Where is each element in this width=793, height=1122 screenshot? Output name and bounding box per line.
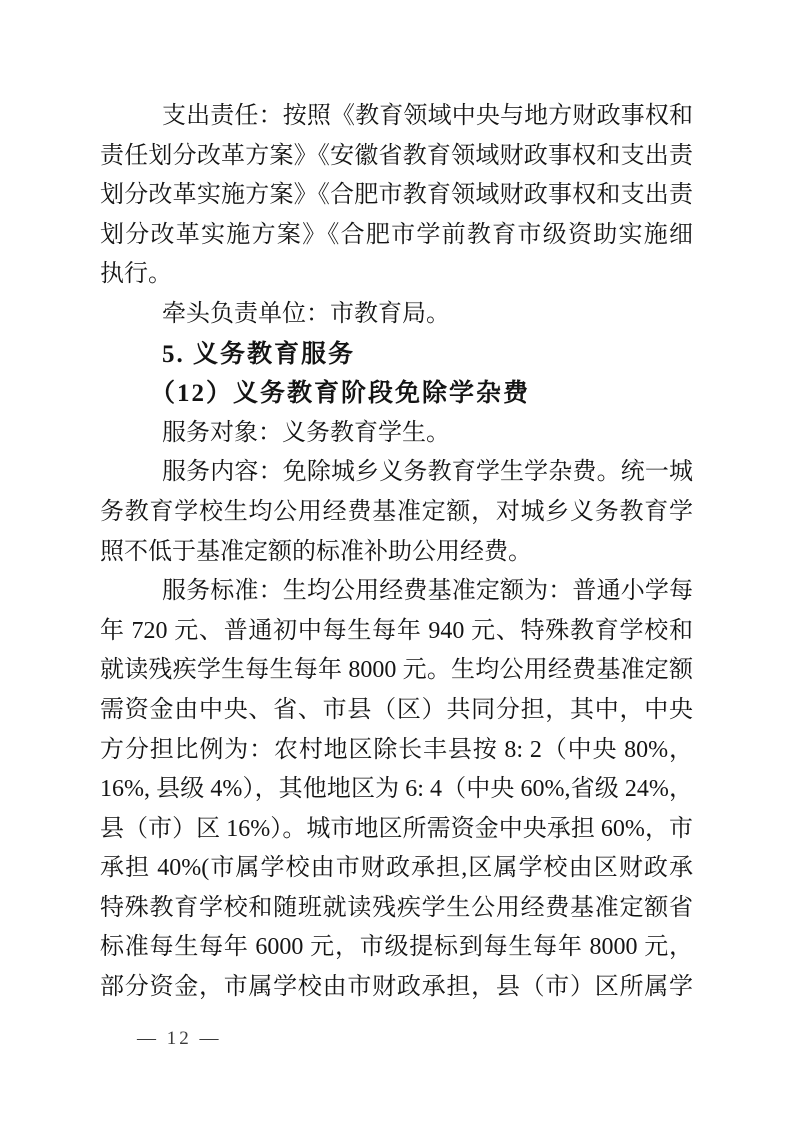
paragraph-line: 划分改革实施方案》《合肥市学前教育市级资助实施细则》: [100, 216, 693, 256]
paragraph-line: 承担 40%(市属学校由市财政承担,区属学校由区财政承担)。: [100, 849, 693, 889]
paragraph-line: 需资金由中央、省、市县（区）共同分担，其中，中央与地: [100, 691, 693, 731]
paragraph-line: 执行。: [100, 255, 693, 295]
lead-unit-line: 牵头负责单位：市教育局。: [100, 295, 693, 335]
paragraph-line: 就读残疾学生每生每年 8000 元。生均公用经费基准定额所: [100, 651, 693, 691]
section-heading: 5. 义务教育服务: [100, 335, 693, 375]
paragraph-line: 方分担比例为：农村地区除长丰县按 8: 2（中央 80%，省级: [100, 731, 693, 771]
paragraph-line: 务教育学校生均公用经费基准定额，对城乡义务教育学校按: [100, 493, 693, 533]
paragraph-line: 特殊教育学校和随班就读残疾学生公用经费基准定额省定: [100, 889, 693, 929]
paragraph-line: 支出责任：按照《教育领域中央与地方财政事权和支出: [100, 97, 693, 137]
document-page: 支出责任：按照《教育领域中央与地方财政事权和支出 责任划分改革方案》《安徽省教育…: [0, 0, 793, 1122]
paragraph-line: 照不低于基准定额的标准补助公用经费。: [100, 533, 693, 573]
paragraph-line: 服务内容：免除城乡义务教育学生学杂费。统一城乡义: [100, 453, 693, 493]
paragraph-line: 16%, 县级 4%），其他地区为 6: 4（中央 60%,省级 24%，: [100, 770, 693, 810]
service-target-line: 服务对象：义务教育学生。: [100, 414, 693, 454]
paragraph-line: 部分资金，市属学校由市财政承担，县（市）区所属学校由: [100, 968, 693, 1008]
page-number-footer: — 12 —: [137, 1028, 222, 1050]
paragraph-line: 年 720 元、普通初中每生每年 940 元、特殊教育学校和随班: [100, 612, 693, 652]
document-body: 支出责任：按照《教育领域中央与地方财政事权和支出 责任划分改革方案》《安徽省教育…: [100, 97, 693, 1008]
paragraph-line: 服务标准：生均公用经费基准定额为：普通小学每生每: [100, 572, 693, 612]
paragraph-line: 标准每生每年 6000 元，市级提标到每生每年 8000 元，提标: [100, 928, 693, 968]
subsection-heading: （12）义务教育阶段免除学杂费: [100, 374, 693, 414]
paragraph-line: 责任划分改革方案》《安徽省教育领域财政事权和支出责任: [100, 137, 693, 177]
paragraph-line: 县（市）区 16%）。城市地区所需资金中央承担 60%，市（区）: [100, 810, 693, 850]
paragraph-line: 划分改革实施方案》《合肥市教育领域财政事权和支出责任: [100, 176, 693, 216]
